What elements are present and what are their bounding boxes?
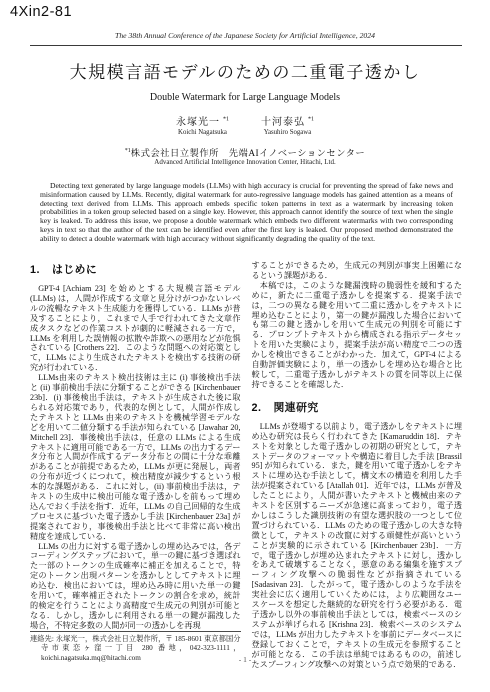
section-1-paragraph-3-continued: することができるため，生成元の判別が事実上困難になるという課題がある． <box>252 261 463 281</box>
author-1: 永塚光一 *1 Koichi Nagatsuka <box>176 113 229 136</box>
section-2-heading: 2.関連研究 <box>252 400 463 415</box>
author-1-name: 永塚光一 <box>176 117 220 128</box>
author-2-name: 十河泰弘 <box>261 117 305 128</box>
author-2-name-ja: 十河泰弘 *1 <box>261 113 314 128</box>
paper-title-en: Double Watermark for Large Language Mode… <box>0 92 490 103</box>
paper-page: 4Xin2-81 The 38th Annual Conference of t… <box>0 0 490 692</box>
affiliation-ja: *1株式会社日立製作所 先端AIイノベーションセンター <box>0 145 490 159</box>
left-column: 1.はじめに GPT-4 [Achiam 23] を始めとする大規模言語モデル … <box>30 261 241 633</box>
section-1-number: 1. <box>30 264 40 276</box>
section-1-paragraph-1: GPT-4 [Achiam 23] を始めとする大規模言語モデル (LLMs) … <box>30 284 241 373</box>
paper-id-label: 4Xin2-81 <box>10 4 72 20</box>
section-1-paragraph-3: LLMs の出力に対する電子透かしの埋め込みでは，各デコーディングステップにおい… <box>30 542 241 631</box>
section-1-heading: 1.はじめに <box>30 262 241 277</box>
author-1-affil-mark: *1 <box>223 117 229 123</box>
right-column: することができるため，生成元の判別が事実上困難になるという課題がある． 本稿では… <box>252 261 463 633</box>
conference-header: The 38th Annual Conference of the Japane… <box>0 31 490 40</box>
footnote-rule <box>30 631 241 632</box>
section-1-title: はじめに <box>52 264 97 276</box>
abstract: Detecting text generated by large langua… <box>40 182 453 243</box>
author-2-name-en: Yasuhiro Sogawa <box>261 129 314 136</box>
section-2-title: 関連研究 <box>274 402 319 414</box>
author-2: 十河泰弘 *1 Yasuhiro Sogawa <box>261 113 314 136</box>
section-1-paragraph-4: 本稿では，このような鍵漏洩時の脆弱性を緩和するために，新たに二重電子透かしを提案… <box>252 281 463 390</box>
section-1-paragraph-2: LLMs由来のテキスト検出技術は主に (i) 事後検出手法と (ii) 事前検出… <box>30 373 241 541</box>
header-rule <box>30 45 462 46</box>
authors-row: 永塚光一 *1 Koichi Nagatsuka 十河泰弘 *1 Yasuhir… <box>0 113 490 136</box>
author-1-name-en: Koichi Nagatsuka <box>176 129 229 136</box>
section-2-paragraph-1: LLMs が登場する以前より，電子透かしをテキストに埋め込む研究は長らく行われて… <box>252 422 463 670</box>
paper-title-ja: 大規模言語モデルのための二重電子透かし <box>0 58 490 83</box>
section-2-number: 2. <box>252 402 262 414</box>
affiliation-en: Advanced Artificial Intelligence Innovat… <box>0 158 490 166</box>
author-1-name-ja: 永塚光一 *1 <box>176 113 229 128</box>
author-2-affil-mark: *1 <box>308 117 314 123</box>
page-number: - 1 - <box>0 655 490 664</box>
two-column-body: 1.はじめに GPT-4 [Achiam 23] を始めとする大規模言語モデル … <box>30 261 462 633</box>
